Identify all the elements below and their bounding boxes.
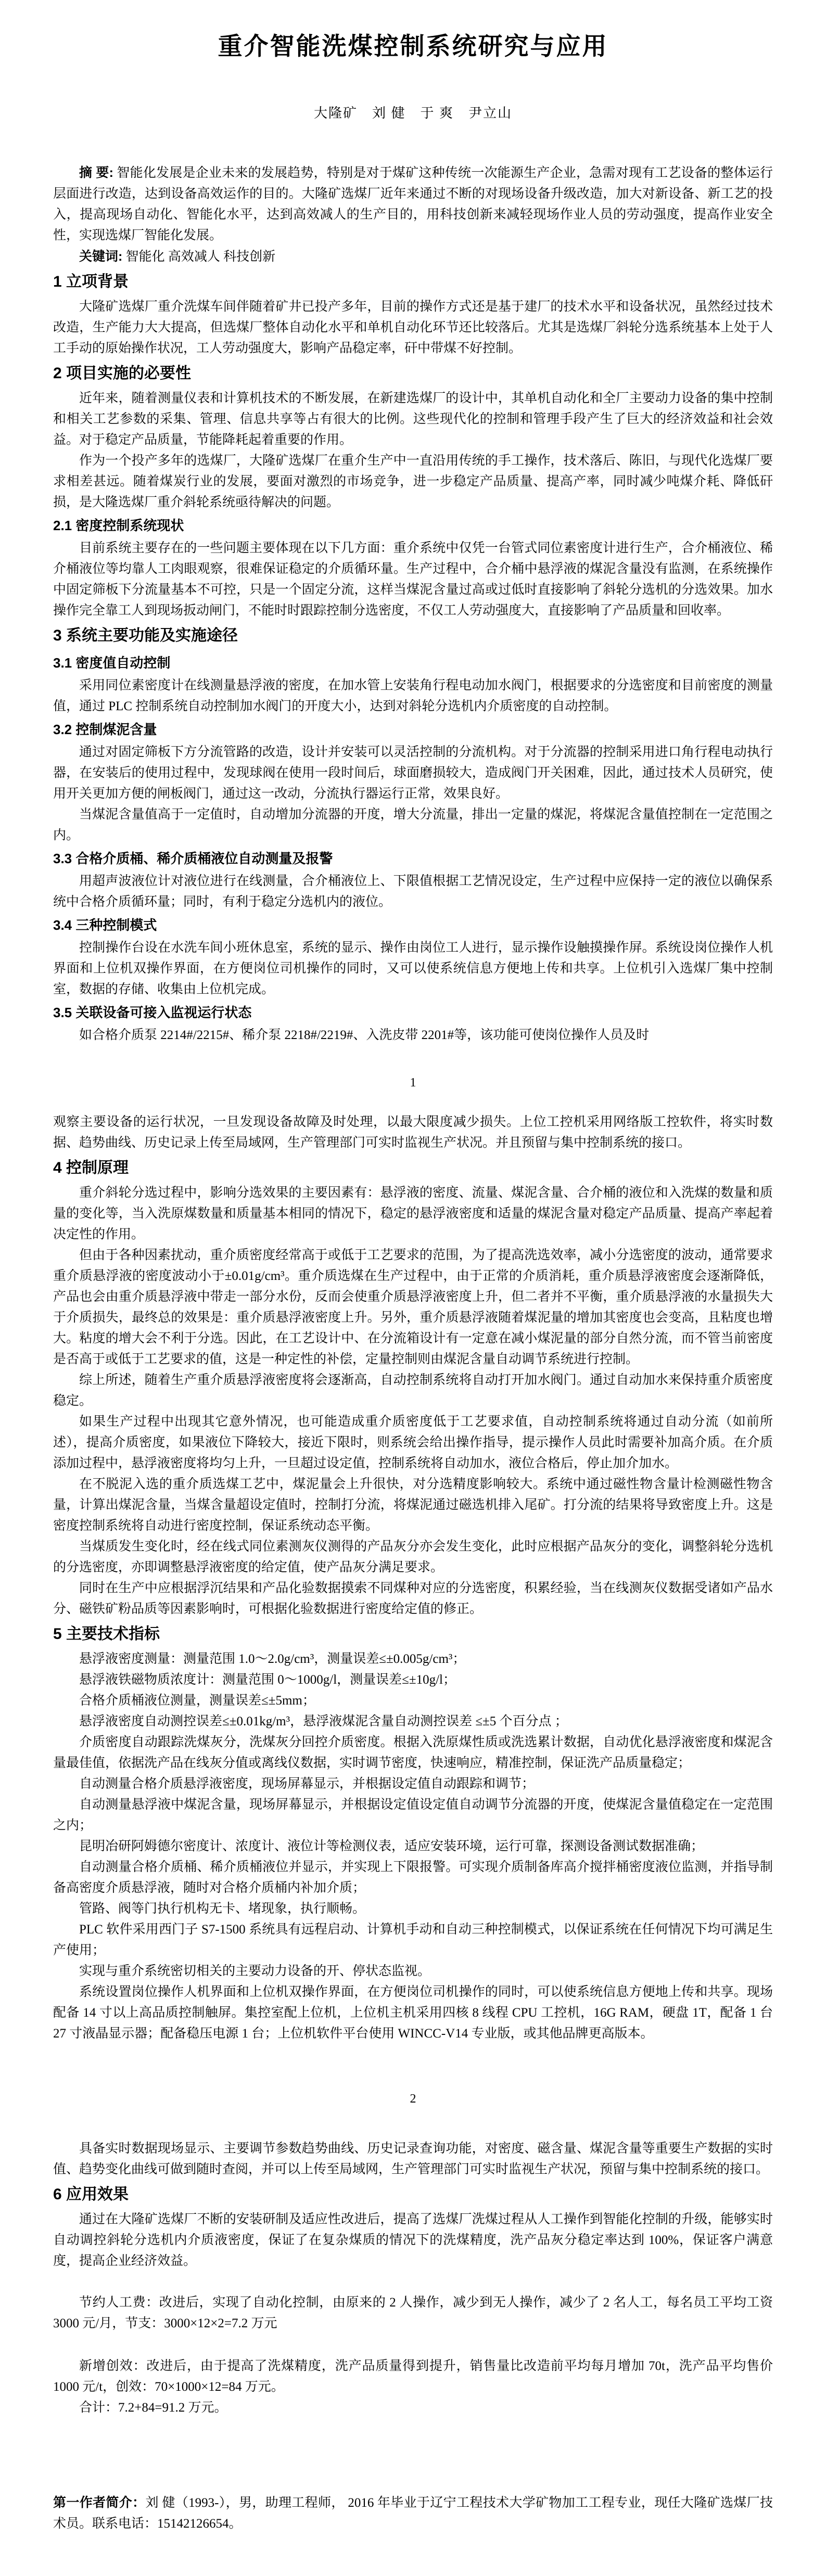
spacer [53,1046,773,1076]
paragraph: 当煤泥含量值高于一定值时，自动增加分流器的开度，增大分流量，排出一定量的煤泥，将… [53,804,773,846]
paragraph: 自动测量合格介质悬浮液密度，现场屏幕显示，并根据设定值自动跟踪和调节； [53,1774,773,1795]
document-body: 1 立项背景大隆矿选煤厂重介洗煤车间伴随着矿井已投产多年，目前的操作方式还是基于… [53,268,773,2534]
paragraph: 悬浮液铁磁物质浓度计：测量范围 0～1000g/l，测量误差≤±10g/l； [53,1670,773,1690]
paragraph: 重介斜轮分选过程中，影响分选效果的主要因素有：悬浮液的密度、流量、煤泥含量、合介… [53,1183,773,1245]
section-heading: 1 立项背景 [53,268,773,296]
paragraph: 节约人工费：改进后，实现了自动化控制，由原来的 2 人操作，减少到无人操作，减少… [53,2292,773,2334]
paragraph: 通过在大隆矿选煤厂不断的安装研制及适应性改进后，提高了选煤厂洗煤过程从人工操作到… [53,2209,773,2272]
spacer [53,2272,773,2292]
paragraph: 在不脱泥入选的重介质选煤工艺中，煤泥量会上升很快，对分选精度影响较大。系统中通过… [53,1474,773,1536]
paragraph: 昆明冶研阿姆德尔密度计、浓度计、液位计等检测仪表，适应安装环境，运行可靠，探测设… [53,1836,773,1857]
paragraph: 管路、阀等门执行机构无卡、堵现象，执行顺畅。 [53,1899,773,1919]
keywords: 关键词: 智能化 高效减人 科技创新 [53,246,773,267]
spacer [53,2418,773,2492]
paragraph: 但由于各种因素扰动，重介质密度经常高于或低于工艺要求的范围，为了提高洗选效率，减… [53,1245,773,1370]
paragraph: 新增创效：改进后，由于提高了洗煤精度，洗产品质量得到提升，销售量比改造前平均每月… [53,2356,773,2398]
spacer [53,2106,773,2138]
author-bio-label: 第一作者简介： [53,2495,145,2510]
paragraph: 合计：7.2+84=91.2 万元。 [53,2398,773,2418]
subsection-heading: 2.1 密度控制系统现状 [53,513,773,538]
page-number: 1 [53,1076,773,1090]
keywords-text: 智能化 高效减人 科技创新 [122,250,275,264]
paper-title: 重介智能洗煤控制系统研究与应用 [53,30,773,62]
paragraph: PLC 软件采用西门子 S7-1500 系统具有远程启动、计算机手动和自动三种控… [53,1919,773,1961]
paragraph: 如果生产过程中出现其它意外情况，也可能造成重介质密度低于工艺要求值，自动控制系统… [53,1412,773,1474]
paragraph: 介质密度自动跟踪洗煤灰分，洗煤灰分回控介质密度。根据入洗原煤性质或洗选累计数据，… [53,1732,773,1774]
abstract: 摘 要: 智能化发展是企业未来的发展趋势，特别是对于煤矿这种传统一次能源生产企业… [53,162,773,246]
spacer [53,1090,773,1112]
paragraph: 具备实时数据现场显示、主要调节参数趋势曲线、历史记录查询功能，对密度、磁含量、煤… [53,2138,773,2180]
section-heading: 3 系统主要功能及实施途径 [53,622,773,649]
paragraph: 通过对固定筛板下方分流管路的改造，设计并安装可以灵活控制的分流机构。对于分流器的… [53,742,773,804]
paragraph: 悬浮液密度自动测控误差≤±0.01kg/m³，悬浮液煤泥含量自动测控误差 ≤±5… [53,1711,773,1732]
paragraph: 作为一个投产多年的选煤厂，大隆矿选煤厂在重介生产中一直沿用传统的手工操作，技术落… [53,451,773,513]
author-line: 大隆矿 刘 健 于 爽 尹立山 [53,102,773,122]
subsection-heading: 3.4 三种控制模式 [53,913,773,938]
section-heading: 5 主要技术指标 [53,1621,773,1648]
paragraph: 自动测量合格介质桶、稀介质桶液位并显示，并实现上下限报警。可实现介质制备库高介搅… [53,1857,773,1899]
subsection-heading: 3.5 关联设备可接入监视运行状态 [53,1000,773,1025]
section-heading: 6 应用效果 [53,2181,773,2208]
paragraph: 自动测量悬浮液中煤泥含量，现场屏幕显示，并根据设定值设定值自动调节分流器的开度，… [53,1795,773,1836]
paragraph: 大隆矿选煤厂重介洗煤车间伴随着矿井已投产多年，目前的操作方式还是基于建厂的技术水… [53,297,773,359]
paragraph: 当煤质发生变化时，经在线式同位素测灰仪测得的产品灰分亦会发生变化，此时应根据产品… [53,1536,773,1578]
paragraph: 用超声波液位计对液位进行在线测量，合介桶液位上、下限值根据工艺情况设定，生产过程… [53,871,773,913]
subsection-heading: 3.2 控制煤泥含量 [53,717,773,742]
paragraph: 综上所述，随着生产重介质悬浮液密度将会逐渐高，自动控制系统将自动打开加水阀门。通… [53,1370,773,1412]
abstract-text: 智能化发展是企业未来的发展趋势，特别是对于煤矿这种传统一次能源生产企业，急需对现… [53,166,773,242]
subsection-heading: 3.3 合格介质桶、稀介质桶液位自动测量及报警 [53,846,773,871]
author-bio: 第一作者简介：刘 健（1993-），男，助理工程师， 2016 年毕业于辽宁工程… [53,2492,773,2534]
paragraph: 合格介质桶液位测量，测量误差≤±5mm； [53,1690,773,1711]
section-heading: 2 项目实施的必要性 [53,360,773,387]
page-number: 2 [53,2092,773,2106]
paragraph: 控制操作台设在水洗车间小班休息室，系统的显示、操作由岗位工人进行，显示操作设触摸… [53,938,773,1000]
paragraph-continuation: 观察主要设备的运行状况，一旦发现设备故障及时处理，以最大限度减少损失。上位工控机… [53,1112,773,1154]
abstract-label: 摘 要: [79,165,113,180]
paragraph: 系统设置岗位操作人机界面和上位机双操作界面，在方便岗位司机操作的同时，可以使系统… [53,1982,773,2044]
paragraph: 实现与重介系统密切相关的主要动力设备的开、停状态监视。 [53,1961,773,1982]
paper-page: 重介智能洗煤控制系统研究与应用 大隆矿 刘 健 于 爽 尹立山 摘 要: 智能化… [0,0,826,2576]
section-heading: 4 控制原理 [53,1155,773,1182]
paragraph: 同时在生产中应根据浮沉结果和产品化验数据摸索不同煤种对应的分选密度，积累经验，当… [53,1578,773,1620]
paragraph: 近年来，随着测量仪表和计算机技术的不断发展，在新建选煤厂的设计中，其单机自动化和… [53,388,773,451]
spacer [53,2334,773,2356]
paragraph: 目前系统主要存在的一些问题主要体现在以下几方面：重介系统中仅凭一台管式同位素密度… [53,538,773,621]
subsection-heading: 3.1 密度值自动控制 [53,650,773,675]
paragraph: 采用同位素密度计在线测量悬浮液的密度，在加水管上安装角行程电动加水阀门，根据要求… [53,675,773,717]
paragraph: 悬浮液密度测量：测量范围 1.0～2.0g/cm³，测量误差≤±0.005g/c… [53,1649,773,1670]
spacer [53,2044,773,2092]
keywords-label: 关键词: [79,249,122,264]
paragraph: 如合格介质泵 2214#/2215#、稀介泵 2218#/2219#、入洗皮带 … [53,1025,773,1046]
